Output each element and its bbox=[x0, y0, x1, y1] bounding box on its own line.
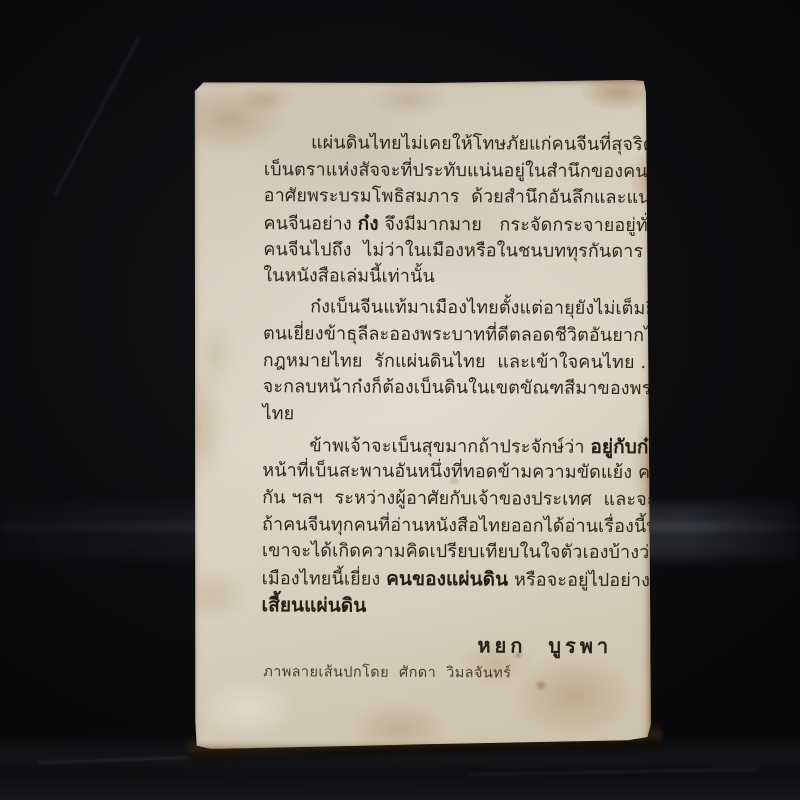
text-line: เขาจะได้เกิดความคิดเปรียบเทียบในใจตัวเอง… bbox=[262, 538, 622, 567]
paragraph: ข้าพเจ้าจะเบ็นสุขมากถ้าประจักษ์ว่า อยู่ก… bbox=[261, 432, 622, 621]
backdrop-scratch bbox=[54, 36, 140, 196]
text-line: ถ้าคนจีนทุกคนที่อ่านหนังสือไทยออกได้อ่าน… bbox=[262, 512, 622, 541]
text-line: ในหนังสือเล่มนี้เท่านั้น bbox=[263, 264, 623, 293]
text-segment: กฎหมายไทย รักแผ่นดินไทย และเข้าใจคนไทย .… bbox=[263, 350, 712, 373]
text-line: เบ็นตราแห่งสัจจะที่ประทับแน่นอยู่ในสำนึก… bbox=[264, 157, 624, 186]
author-signature: หยก บูรพา bbox=[477, 629, 612, 662]
paragraph: แผ่นดินไทยไม่เคยให้โทษภัยแก่คนจีนที่สุจร… bbox=[263, 130, 624, 292]
book-back-cover: แผ่นดินไทยไม่เคยให้โทษภัยแก่คนจีนที่สุจร… bbox=[193, 79, 651, 749]
text-line: ข้าพเจ้าจะเบ็นสุขมากถ้าประจักษ์ว่า อยู่ก… bbox=[262, 432, 622, 461]
text-line: หน้าที่เบ็นสะพานอันหนึ่งที่ทอดข้ามความขั… bbox=[262, 458, 622, 487]
text-segment: หน้าที่เบ็นสะพานอันหนึ่งที่ทอดข้ามความขั… bbox=[262, 460, 752, 484]
text-line: กฎหมายไทย รักแผ่นดินไทย และเข้าใจคนไทย .… bbox=[263, 348, 623, 377]
text-line: ไทย bbox=[262, 401, 622, 430]
text-line: ตนเยี่ยงข้าธุลีละอองพระบาทที่ดีตลอดชีวิต… bbox=[263, 321, 623, 350]
text-segment: ก๋งเบ็นจีนแท้มาเมืองไทยตั้งแต่อายุยังไม่… bbox=[310, 297, 740, 320]
paragraph: ก๋งเบ็นจีนแท้มาเมืองไทยตั้งแต่อายุยังไม่… bbox=[262, 294, 623, 429]
text-segment: ข้าพเจ้าจะเบ็นสุขมากถ้าประจักษ์ว่า bbox=[309, 435, 590, 457]
cover-artist-credit: ภาพลายเส้นปกโดย ศักดา วิมลจันทร์ bbox=[263, 660, 511, 684]
text-line: เสี้ยนแผ่นดิน bbox=[261, 592, 621, 621]
text-segment: จะกลบหน้าก๋งก็ต้องเบ็นดินในเขตขัณฑสีมาขอ… bbox=[263, 376, 751, 400]
text-segment: ตนเยี่ยงข้าธุลีละอองพระบาทที่ดีตลอดชีวิต… bbox=[263, 323, 737, 346]
printed-text-layer: แผ่นดินไทยไม่เคยให้โทษภัยแก่คนจีนที่สุจร… bbox=[190, 79, 652, 751]
back-cover-blurb: แผ่นดินไทยไม่เคยให้โทษภัยแก่คนจีนที่สุจร… bbox=[261, 130, 624, 620]
text-segment: คนจีนอย่าง bbox=[264, 213, 358, 234]
text-segment: ไทย bbox=[263, 403, 295, 424]
text-segment: อาศัยพระบรมโพธิสมภาร ด้วยสำนึกอันลึกและแ… bbox=[264, 186, 739, 209]
text-segment: คนจีนไปถึง ไม่ว่าในเมืองหรือในชนบททุรกัน… bbox=[263, 239, 745, 263]
emphasized-text: อยู่กับก๋ง bbox=[590, 435, 658, 457]
text-line: อาศัยพระบรมโพธิสมภาร ด้วยสำนึกอันลึกและแ… bbox=[264, 184, 624, 213]
text-segment: จึงมีมากมาย กระจัดกระจายอยู่ทั่วทุกชุมชน… bbox=[379, 214, 743, 237]
text-line: จะกลบหน้าก๋งก็ต้องเบ็นดินในเขตขัณฑสีมาขอ… bbox=[263, 374, 623, 403]
text-line: เมืองไทยนี้เยี่ยง คนของแผ่นดิน หรือจะอยู… bbox=[262, 565, 622, 594]
text-segment: ในหนังสือเล่มนี้เท่านั้น bbox=[263, 266, 435, 288]
emphasized-text: เสี้ยนแผ่นดิน bbox=[262, 594, 367, 617]
text-segment: ได้ทำ bbox=[658, 437, 713, 458]
photo-backdrop: แผ่นดินไทยไม่เคยให้โทษภัยแก่คนจีนที่สุจร… bbox=[0, 0, 800, 800]
text-line: แผ่นดินไทยไม่เคยให้โทษภัยแก่คนจีนที่สุจร… bbox=[264, 130, 624, 159]
text-line: กัน ฯลฯ ระหว่างผู้อาศัยกับเจ้าของประเทศ … bbox=[262, 485, 622, 514]
text-line: ก๋งเบ็นจีนแท้มาเมืองไทยตั้งแต่อายุยังไม่… bbox=[263, 294, 623, 323]
emphasized-text: คนของแผ่นดิน bbox=[386, 568, 508, 591]
text-segment: เมืองไทยนี้เยี่ยง bbox=[262, 568, 387, 590]
emphasized-text: ก๋ง bbox=[358, 213, 379, 235]
text-line: คนจีนอย่าง ก๋ง จึงมีมากมาย กระจัดกระจายอ… bbox=[263, 210, 623, 239]
text-segment: แผ่นดินไทยไม่เคยให้โทษภัยแก่คนจีนที่สุจร… bbox=[311, 132, 725, 155]
text-segment: หรือจะอยู่ไปอย่างคนที่เบ็น bbox=[508, 569, 717, 591]
text-line: คนจีนไปถึง ไม่ว่าในเมืองหรือในชนบททุรกัน… bbox=[263, 237, 623, 266]
text-segment: เบ็นตราแห่งสัจจะที่ประทับแน่นอยู่ในสำนึก… bbox=[264, 159, 744, 183]
